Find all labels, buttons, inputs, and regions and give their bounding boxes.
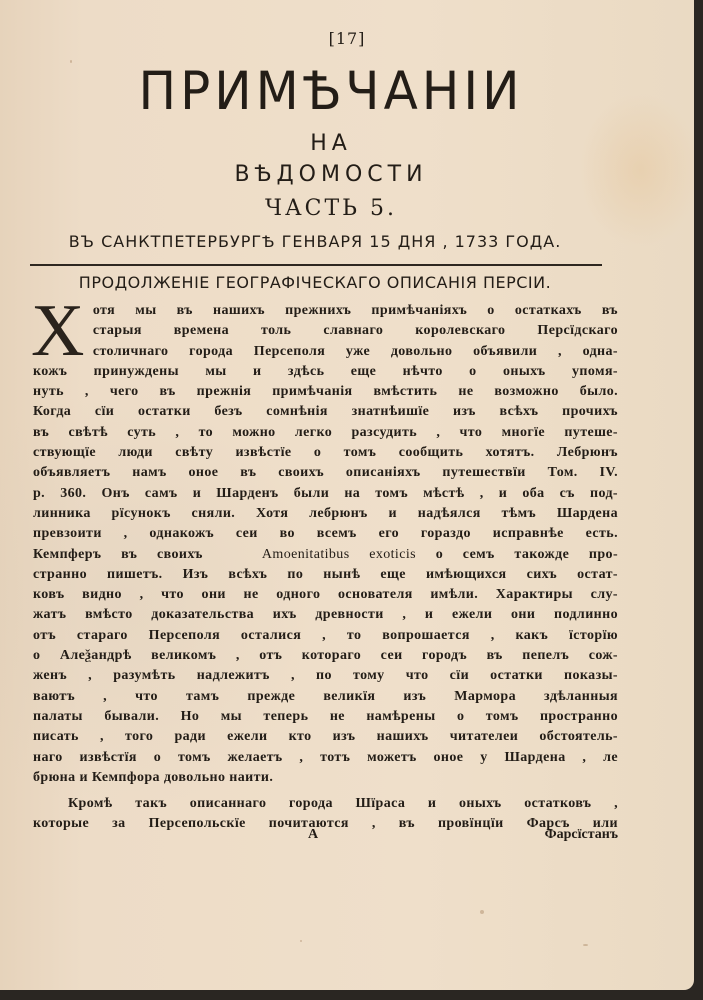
latin-phrase: Amoenitatibus exoticis xyxy=(262,547,416,562)
text-line: превзоити , однакожъ сеи во всемъ его го… xyxy=(33,524,618,544)
signature-mark: А xyxy=(308,827,318,843)
text-line: нуть , чего въ прежнія примѣчанія вмѣсти… xyxy=(33,382,618,402)
text-line: ствующїе люди свѣту извѣстїе о томъ сооб… xyxy=(33,443,618,463)
text-line: наго извѣстїя о томъ желаетъ , тотъ може… xyxy=(33,748,618,768)
text-line: отя мы въ нашихъ прежнихъ примѣчаніяхъ о… xyxy=(33,301,618,321)
paper-speck xyxy=(300,940,302,942)
text-line: брюна и Кемпфора довольно наити. xyxy=(33,768,618,788)
text-line: ковъ видно , что они не одного основател… xyxy=(33,585,618,605)
text-line: Когда сїи остатки безъ сомнѣнія знатнѣиш… xyxy=(33,402,618,422)
drop-cap: Х xyxy=(31,303,85,361)
document-page: [17] ПРИМѢЧАНІИ НА ВѢДОМОСТИ ЧАСТЬ 5. ВЪ… xyxy=(0,0,694,990)
section-heading: ПРОДОЛЖЕНІЕ ГЕОГРАФІЧЕСКАГО ОПИСАНІЯ ПЕР… xyxy=(0,273,630,292)
body-text: Х отя мы въ нашихъ прежнихъ примѣчаніяхъ… xyxy=(33,301,618,835)
paper-speck xyxy=(583,944,588,946)
text-line: кожъ принуждены мы и здѣсь еще нѣчто о о… xyxy=(33,362,618,382)
text-line: объявляетъ намъ оное въ своихъ описаніях… xyxy=(33,463,618,483)
dateline: ВЪ САНКТПЕТЕРБУРГѢ ГЕНВАРЯ 15 ДНЯ , 1733… xyxy=(0,232,630,251)
page-number: [17] xyxy=(0,29,694,48)
text-line: палаты бывали. Но мы теперь не намѣрены … xyxy=(33,707,618,727)
text-line: жатъ вмѣсто доказательства ихъ древности… xyxy=(33,605,618,625)
text-line: столичнаго города Персеполя уже довольно… xyxy=(33,342,618,362)
kaempfer-tail: о семъ такожде про- xyxy=(436,547,618,562)
text-line: Кромѣ такъ описаннаго города Шїраса и он… xyxy=(33,794,618,814)
text-line: линника рїсунокъ сняли. Хотя лебрюнъ и н… xyxy=(33,504,618,524)
text-line: въ свѣтѣ суть , то можно легко разсудить… xyxy=(33,423,618,443)
text-line: писать , того ради ежели кто изъ нашихъ … xyxy=(33,727,618,747)
text-line: p. 360. Онъ самъ и Шарденъ были на томъ … xyxy=(33,484,618,504)
horizontal-rule xyxy=(30,264,602,266)
kaempfer-lead: Кемпферъ въ своихъ xyxy=(33,547,203,562)
text-line: ваютъ , что тамъ прежде великїя изъ Марм… xyxy=(33,687,618,707)
text-line: отъ стараго Персеполя осталися , то вопр… xyxy=(33,626,618,646)
page-title: ПРИМѢЧАНІИ xyxy=(0,61,662,122)
catchword: Фарсїстанъ xyxy=(545,827,618,843)
text-line: о Алеѯандрѣ великомъ , отъ котораго сеи … xyxy=(33,646,618,666)
text-line: старыя времена толь славнаго королевскаг… xyxy=(33,321,618,341)
page-footer: А Фарсїстанъ xyxy=(33,827,618,849)
paper-speck xyxy=(480,910,484,914)
text-line: странно пишетъ. Изъ всѣхъ по нынѣ еще им… xyxy=(33,565,618,585)
text-line: женъ , разумѣть надлежитъ , по тому что … xyxy=(33,666,618,686)
text-line-kaempfer: Кемпферъ въ своихъ Amoenitatibus exotici… xyxy=(33,545,618,565)
title-vedomosti: ВѢДОМОСТИ xyxy=(0,162,662,187)
title-na: НА xyxy=(0,131,662,156)
part-number: ЧАСТЬ 5. xyxy=(0,196,662,221)
